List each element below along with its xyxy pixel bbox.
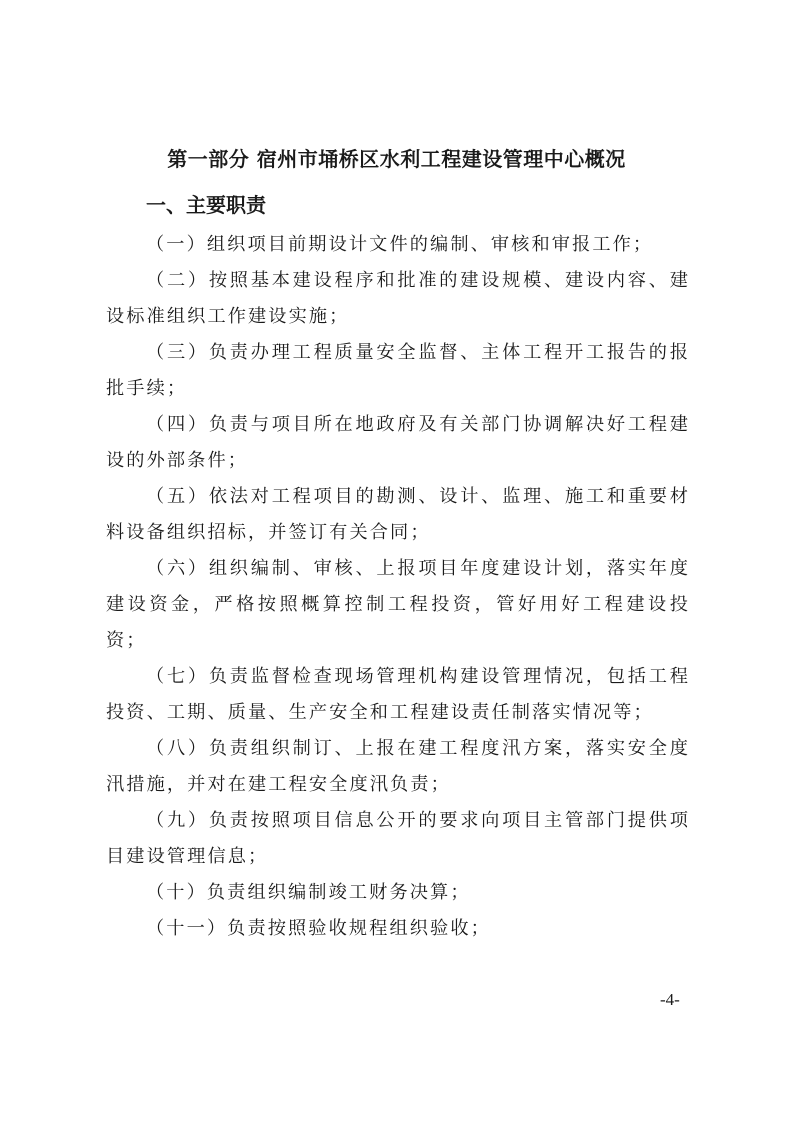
- duty-item-1: （一）组织项目前期设计文件的编制、审核和审报工作；: [106, 227, 690, 263]
- duty-item-6: （六）组织编制、审核、上报项目年度建设计划，落实年度建设资金，严格按照概算控制工…: [106, 551, 690, 659]
- duty-item-9: （九）负责按照项目信息公开的要求向项目主管部门提供项目建设管理信息；: [106, 803, 690, 875]
- section-heading: 一、主要职责: [146, 191, 266, 219]
- duty-item-4: （四）负责与项目所在地政府及有关部门协调解决好工程建设的外部条件；: [106, 407, 690, 479]
- duty-item-5: （五）依法对工程项目的勘测、设计、监理、施工和重要材料设备组织招标，并签订有关合…: [106, 479, 690, 551]
- duty-item-7: （七）负责监督检查现场管理机构建设管理情况，包括工程投资、工期、质量、生产安全和…: [106, 659, 690, 731]
- duty-item-8: （八）负责组织制订、上报在建工程度汛方案，落实安全度汛措施，并对在建工程安全度汛…: [106, 731, 690, 803]
- duty-item-10: （十）负责组织编制竣工财务决算；: [106, 875, 690, 911]
- page-number: -4-: [660, 990, 680, 1010]
- duty-item-3: （三）负责办理工程质量安全监督、主体工程开工报告的报批手续；: [106, 335, 690, 407]
- duty-item-11: （十一）负责按照验收规程组织验收；: [106, 911, 690, 947]
- document-page: 第一部分 宿州市埇桥区水利工程建设管理中心概况 一、主要职责 （一）组织项目前期…: [0, 0, 793, 1122]
- page-title: 第一部分 宿州市埇桥区水利工程建设管理中心概况: [0, 145, 793, 173]
- duties-list: （一）组织项目前期设计文件的编制、审核和审报工作； （二）按照基本建设程序和批准…: [106, 227, 690, 947]
- duty-item-2: （二）按照基本建设程序和批准的建设规模、建设内容、建设标准组织工作建设实施；: [106, 263, 690, 335]
